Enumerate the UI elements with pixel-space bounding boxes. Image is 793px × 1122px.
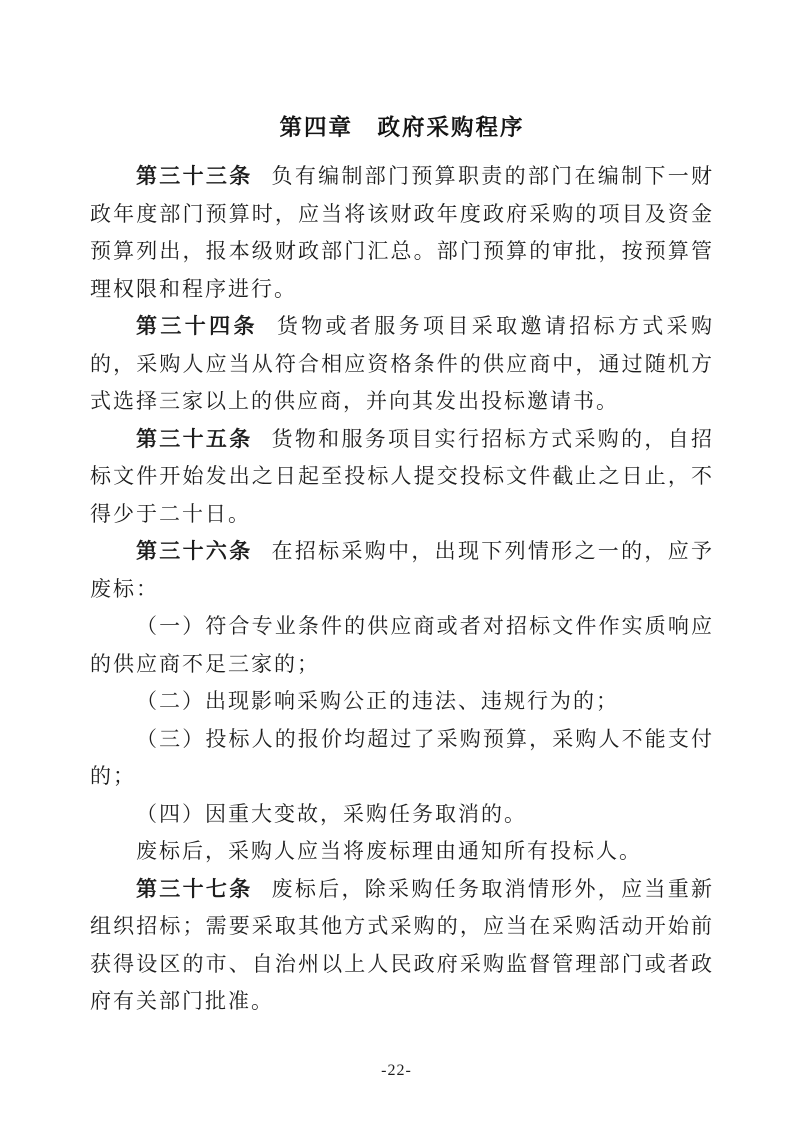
closing-paragraph: 废标后，采购人应当将废标理由通知所有投标人。 [90,833,714,871]
list-item-paragraph: （一）符合专业条件的供应商或者对招标文件作实质响应的供应商不足三家的； [90,608,714,683]
document-page: 第四章 政府采购程序 第三十三条负有编制部门预算职责的部门在编制下一财政年度部门… [0,0,793,1122]
article-number-label: 第三十四条 [136,314,258,338]
list-item-paragraph: （四）因重大变故，采购任务取消的。 [90,796,714,834]
article-number-label: 第三十五条 [136,427,253,451]
article-text: （三）投标人的报价均超过了采购预算，采购人不能支付的； [90,727,714,789]
article-paragraph: 第三十六条在招标采购中，出现下列情形之一的，应予废标： [90,533,714,608]
article-number-label: 第三十七条 [136,877,253,901]
article-text: 废标后，采购人应当将废标理由通知所有投标人。 [136,839,642,863]
article-text: （二）出现影响采购公正的违法、违规行为的； [136,689,619,713]
article-text: （一）符合专业条件的供应商或者对招标文件作实质响应的供应商不足三家的； [90,614,714,676]
article-number-label: 第三十六条 [136,539,253,563]
article-paragraph: 第三十三条负有编制部门预算职责的部门在编制下一财政年度部门预算时，应当将该财政年… [90,158,714,308]
chapter-title: 第四章 政府采购程序 [90,110,714,146]
article-paragraph: 第三十五条货物和服务项目实行招标方式采购的，自招标文件开始发出之日起至投标人提交… [90,421,714,534]
page-number: -22- [0,1062,793,1080]
article-text: （四）因重大变故，采购任务取消的。 [136,802,527,826]
list-item-paragraph: （三）投标人的报价均超过了采购预算，采购人不能支付的； [90,721,714,796]
document-content: 第四章 政府采购程序 第三十三条负有编制部门预算职责的部门在编制下一财政年度部门… [0,0,793,1021]
article-number-label: 第三十三条 [136,164,253,188]
article-paragraph: 第三十四条货物或者服务项目采取邀请招标方式采购的，采购人应当从符合相应资格条件的… [90,308,714,421]
list-item-paragraph: （二）出现影响采购公正的违法、违规行为的； [90,683,714,721]
article-paragraph: 第三十七条废标后，除采购任务取消情形外，应当重新组织招标；需要采取其他方式采购的… [90,871,714,1021]
